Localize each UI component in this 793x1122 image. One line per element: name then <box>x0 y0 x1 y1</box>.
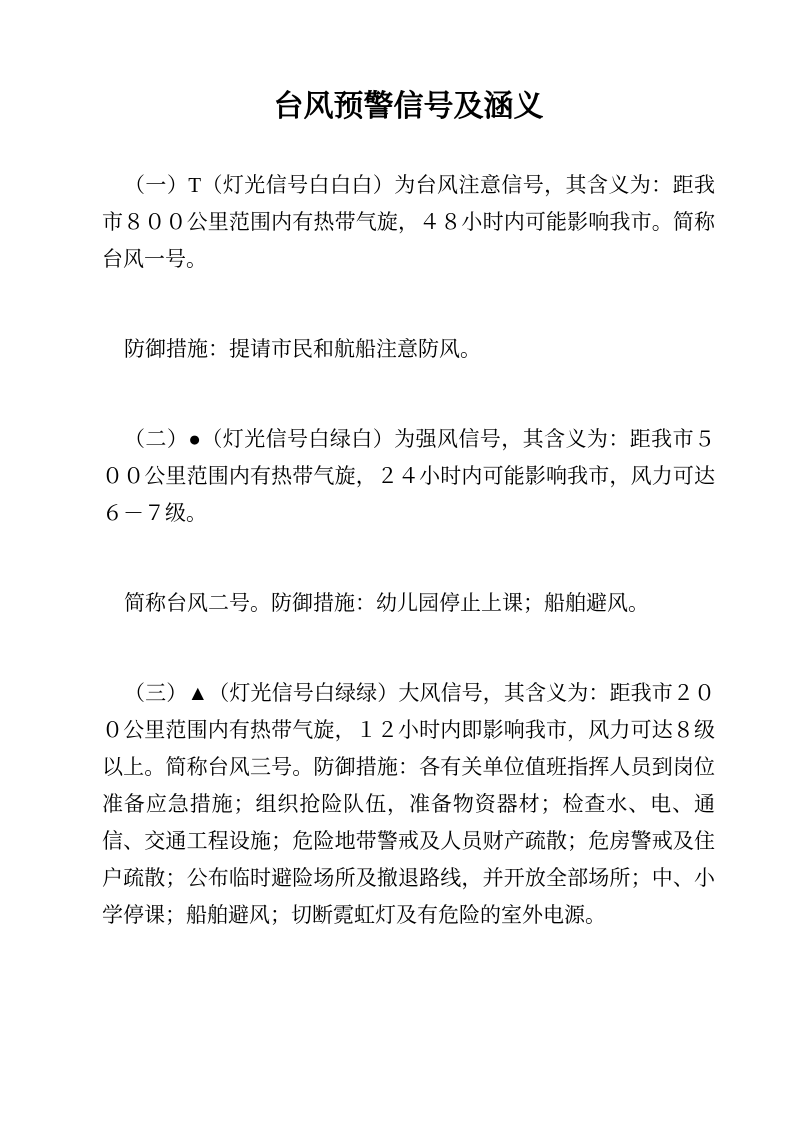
paragraph-typhoon-signal-two: （二）●（灯光信号白绿白）为强风信号，其含义为：距我市５００公里范围内有热带气旋… <box>102 421 715 532</box>
paragraph-typhoon-signal-three: （三）▲（灯光信号白绿绿）大风信号，其含义为：距我市２００公里范围内有热带气旋，… <box>102 675 715 934</box>
paragraph-defense-measures-one: 防御措施：提请市民和航船注意防风。 <box>102 331 715 368</box>
document-page: 台风预警信号及涵义 （一）T（灯光信号白白白）为台风注意信号，其含义为：距我市８… <box>0 0 793 1122</box>
document-content: 台风预警信号及涵义 （一）T（灯光信号白白白）为台风注意信号，其含义为：距我市８… <box>102 84 715 934</box>
paragraph-typhoon-signal-one: （一）T（灯光信号白白白）为台风注意信号，其含义为：距我市８００公里范围内有热带… <box>102 167 715 278</box>
paragraph-defense-measures-two: 简称台风二号。防御措施：幼儿园停止上课；船舶避风。 <box>102 585 715 622</box>
document-title: 台风预警信号及涵义 <box>102 84 715 130</box>
